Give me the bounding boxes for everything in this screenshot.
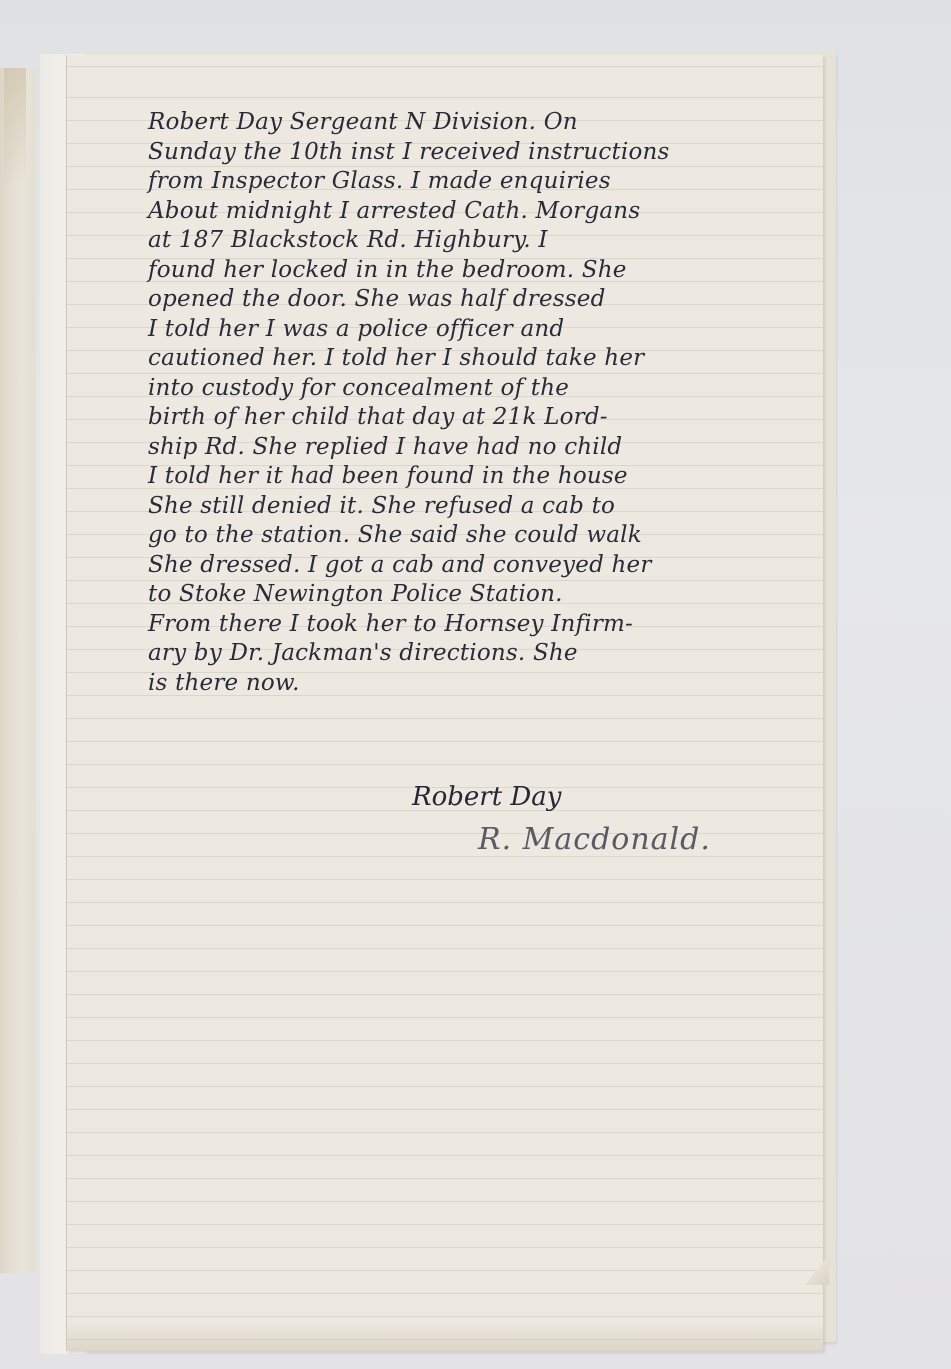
paper-stain [4, 68, 26, 188]
statement-line: birth of her child that day at 21k Lord- [148, 403, 838, 433]
statement-line: is there now. [148, 669, 838, 699]
coroner-signature: R. Macdonald. [478, 822, 711, 857]
statement-line: She still denied it. She refused a cab t… [148, 492, 838, 522]
statement-line: I told her I was a police officer and [148, 315, 838, 345]
handwritten-statement: Robert Day Sergeant N Division. On Sunda… [148, 108, 838, 698]
statement-line: Sunday the 10th inst I received instruct… [148, 138, 838, 168]
witness-signature: Robert Day [412, 782, 561, 812]
statement-line: cautioned her. I told her I should take … [148, 344, 838, 374]
statement-line: She dressed. I got a cab and conveyed he… [148, 551, 838, 581]
statement-line: Robert Day Sergeant N Division. On [148, 108, 838, 138]
statement-line: ary by Dr. Jackman's directions. She [148, 639, 838, 669]
statement-line: ship Rd. She replied I have had no child [148, 433, 838, 463]
statement-line: into custody for concealment of the [148, 374, 838, 404]
statement-line: from Inspector Glass. I made enquiries [148, 167, 838, 197]
statement-line: found her locked in in the bedroom. She [148, 256, 838, 286]
statement-line: opened the door. She was half dressed [148, 285, 838, 315]
statement-line: at 187 Blackstock Rd. Highbury. I [148, 226, 838, 256]
statement-line: I told her it had been found in the hous… [148, 462, 838, 492]
statement-line: From there I took her to Hornsey Infirm- [148, 610, 838, 640]
previous-page-edge [0, 68, 36, 1273]
statement-line: go to the station. She said she could wa… [148, 521, 838, 551]
statement-line: About midnight I arrested Cath. Morgans [148, 197, 838, 227]
statement-line: to Stoke Newington Police Station. [148, 580, 838, 610]
